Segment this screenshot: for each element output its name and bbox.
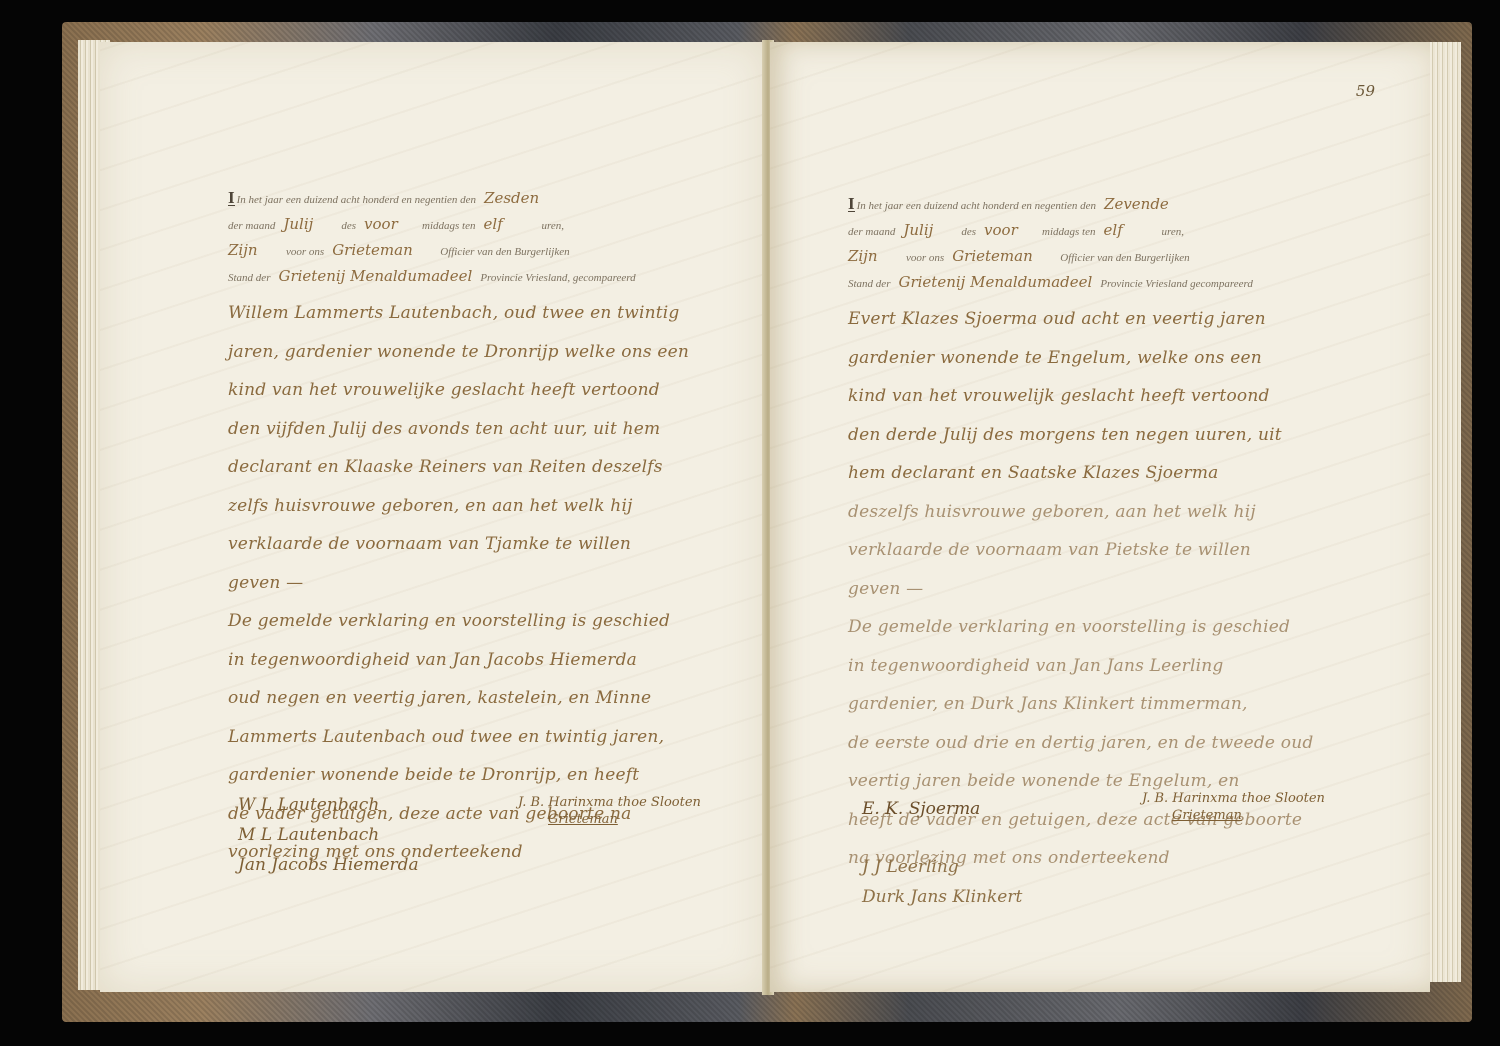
form-line-3: Zijn voor ons Grieteman Officier van den… (228, 238, 758, 264)
hand-line: Lammerts Lautenbach oud twee en twintig … (228, 718, 758, 757)
hand-line: kind van het vrouwelijke geslacht heeft … (228, 371, 758, 410)
hand-line: deszelfs huisvrouwe geboren, aan het wel… (848, 493, 1373, 532)
hand-line: in tegenwoordigheid van Jan Jans Leerlin… (848, 647, 1373, 686)
printed-text: Stand der (228, 266, 270, 290)
month-fill: Julij (903, 218, 953, 242)
verb-fill: Zijn (848, 244, 898, 268)
official-title: Grieteman (1142, 807, 1325, 824)
official-signature-right: J. B. Harinxma thoe Slooten Grieteman (1142, 790, 1325, 824)
form-line-2: der maand Julij des voor middags ten elf… (848, 218, 1373, 244)
official-title-fill: Grieteman (952, 244, 1052, 268)
printed-text: In het jaar een duizend acht honderd en … (237, 188, 476, 212)
form-line-3: Zijn voor ons Grieteman Officier van den… (848, 244, 1373, 270)
form-line-4: Stand der Grietenij Menaldumadeel Provin… (848, 270, 1373, 296)
signature-witness-2: Jan Jacobs Hiemerda (238, 850, 419, 880)
hand-line: Willem Lammerts Lautenbach, oud twee en … (228, 294, 758, 333)
printed-text: middags ten (422, 214, 475, 238)
printed-text: Officier van den Burgerlijken (1060, 246, 1189, 270)
hand-line: den vijfden Julij des avonds ten acht uu… (228, 410, 758, 449)
party-signatures-left: W L Lautenbach M L Lautenbach Jan Jacobs… (238, 790, 419, 880)
form-line-4: Stand der Grietenij Menaldumadeel Provin… (228, 264, 758, 290)
printed-text: voor ons (286, 240, 324, 264)
official-signature-left: J. B. Harinxma thoe Slooten Grieteman (518, 794, 701, 828)
printed-text: uren, (1162, 220, 1185, 244)
signature-witness-2: Durk Jans Klinkert (862, 882, 1022, 912)
birth-record-left: I In het jaar een duizend acht honderd e… (228, 186, 758, 872)
hand-line: oud negen en veertig jaren, kastelein, e… (228, 679, 758, 718)
party-signatures-right: E. K. Sjoerma J J Leerling Durk Jans Kli… (862, 794, 1022, 912)
hand-line: gardenier wonende beide te Dronrijp, en … (228, 756, 758, 795)
signature-witness-1: J J Leerling (862, 852, 1022, 882)
ampm-fill: voor (984, 218, 1034, 242)
printed-text: des (341, 214, 356, 238)
hand-line: declarant en Klaaske Reiners van Reiten … (228, 448, 758, 487)
official-name: J. B. Harinxma thoe Slooten (518, 794, 701, 811)
printed-text: Provincie Vriesland gecompareerd (1100, 272, 1253, 296)
hand-line: De gemelde verklaring en voorstelling is… (228, 602, 758, 641)
printed-text: der maand (228, 214, 275, 238)
month-fill: Julij (283, 212, 333, 236)
signature-witness-1: M L Lautenbach (238, 820, 419, 850)
verb-fill: Zijn (228, 238, 278, 262)
hand-line: verklaarde de voornaam van Tjamke te wil… (228, 525, 758, 564)
day-fill: Zevende (1104, 192, 1204, 216)
municipality-fill: Grietenij Menaldumadeel (898, 270, 1092, 294)
printed-text: des (961, 220, 976, 244)
drop-cap: I (848, 196, 855, 212)
ampm-fill: voor (364, 212, 414, 236)
hand-line: zelfs huisvrouwe geboren, en aan het wel… (228, 487, 758, 526)
drop-cap: I (228, 190, 235, 206)
printed-text: Officier van den Burgerlijken (440, 240, 569, 264)
hand-line: den derde Julij des morgens ten negen uu… (848, 416, 1373, 455)
signature-father: E. K. Sjoerma (862, 794, 1022, 824)
printed-text: uren, (542, 214, 565, 238)
hand-line: geven — (848, 570, 1373, 609)
form-line-1: I In het jaar een duizend acht honderd e… (228, 186, 758, 212)
hand-line: jaren, gardenier wonende te Dronrijp wel… (228, 333, 758, 372)
left-page: I In het jaar een duizend acht honderd e… (100, 42, 766, 992)
official-title: Grieteman (518, 811, 701, 828)
official-title-fill: Grieteman (332, 238, 432, 262)
printed-text: Provincie Vriesland, gecompareerd (480, 266, 635, 290)
hand-line: De gemelde verklaring en voorstelling is… (848, 608, 1373, 647)
hand-line: hem declarant en Saatske Klazes Sjoerma (848, 454, 1373, 493)
hand-line: gardenier, en Durk Jans Klinkert timmerm… (848, 685, 1373, 724)
hand-line: Evert Klazes Sjoerma oud acht en veertig… (848, 300, 1373, 339)
printed-text: voor ons (906, 246, 944, 270)
hand-line: de eerste oud drie en dertig jaren, en d… (848, 724, 1373, 763)
printed-text: In het jaar een duizend acht honderd en … (857, 194, 1096, 218)
handwritten-body: Willem Lammerts Lautenbach, oud twee en … (228, 294, 758, 872)
hour-fill: elf (1104, 218, 1154, 242)
page-number: 59 (1356, 82, 1375, 100)
hand-line: gardenier wonende te Engelum, welke ons … (848, 339, 1373, 378)
hour-fill: elf (484, 212, 534, 236)
signature-father: W L Lautenbach (238, 790, 419, 820)
hand-line: in tegenwoordigheid van Jan Jacobs Hieme… (228, 641, 758, 680)
municipality-fill: Grietenij Menaldumadeel (278, 264, 472, 288)
hand-line: kind van het vrouwelijk geslacht heeft v… (848, 377, 1373, 416)
hand-line: verklaarde de voornaam van Pietske te wi… (848, 531, 1373, 570)
printed-text: Stand der (848, 272, 890, 296)
right-page: 59 I In het jaar een duizend acht honder… (770, 42, 1430, 992)
official-name: J. B. Harinxma thoe Slooten (1142, 790, 1325, 807)
birth-record-right: I In het jaar een duizend acht honderd e… (848, 192, 1373, 878)
form-line-1: I In het jaar een duizend acht honderd e… (848, 192, 1373, 218)
printed-text: middags ten (1042, 220, 1095, 244)
hand-line: geven — (228, 564, 758, 603)
day-fill: Zesden (484, 186, 584, 210)
form-line-2: der maand Julij des voor middags ten elf… (228, 212, 758, 238)
printed-text: der maand (848, 220, 895, 244)
